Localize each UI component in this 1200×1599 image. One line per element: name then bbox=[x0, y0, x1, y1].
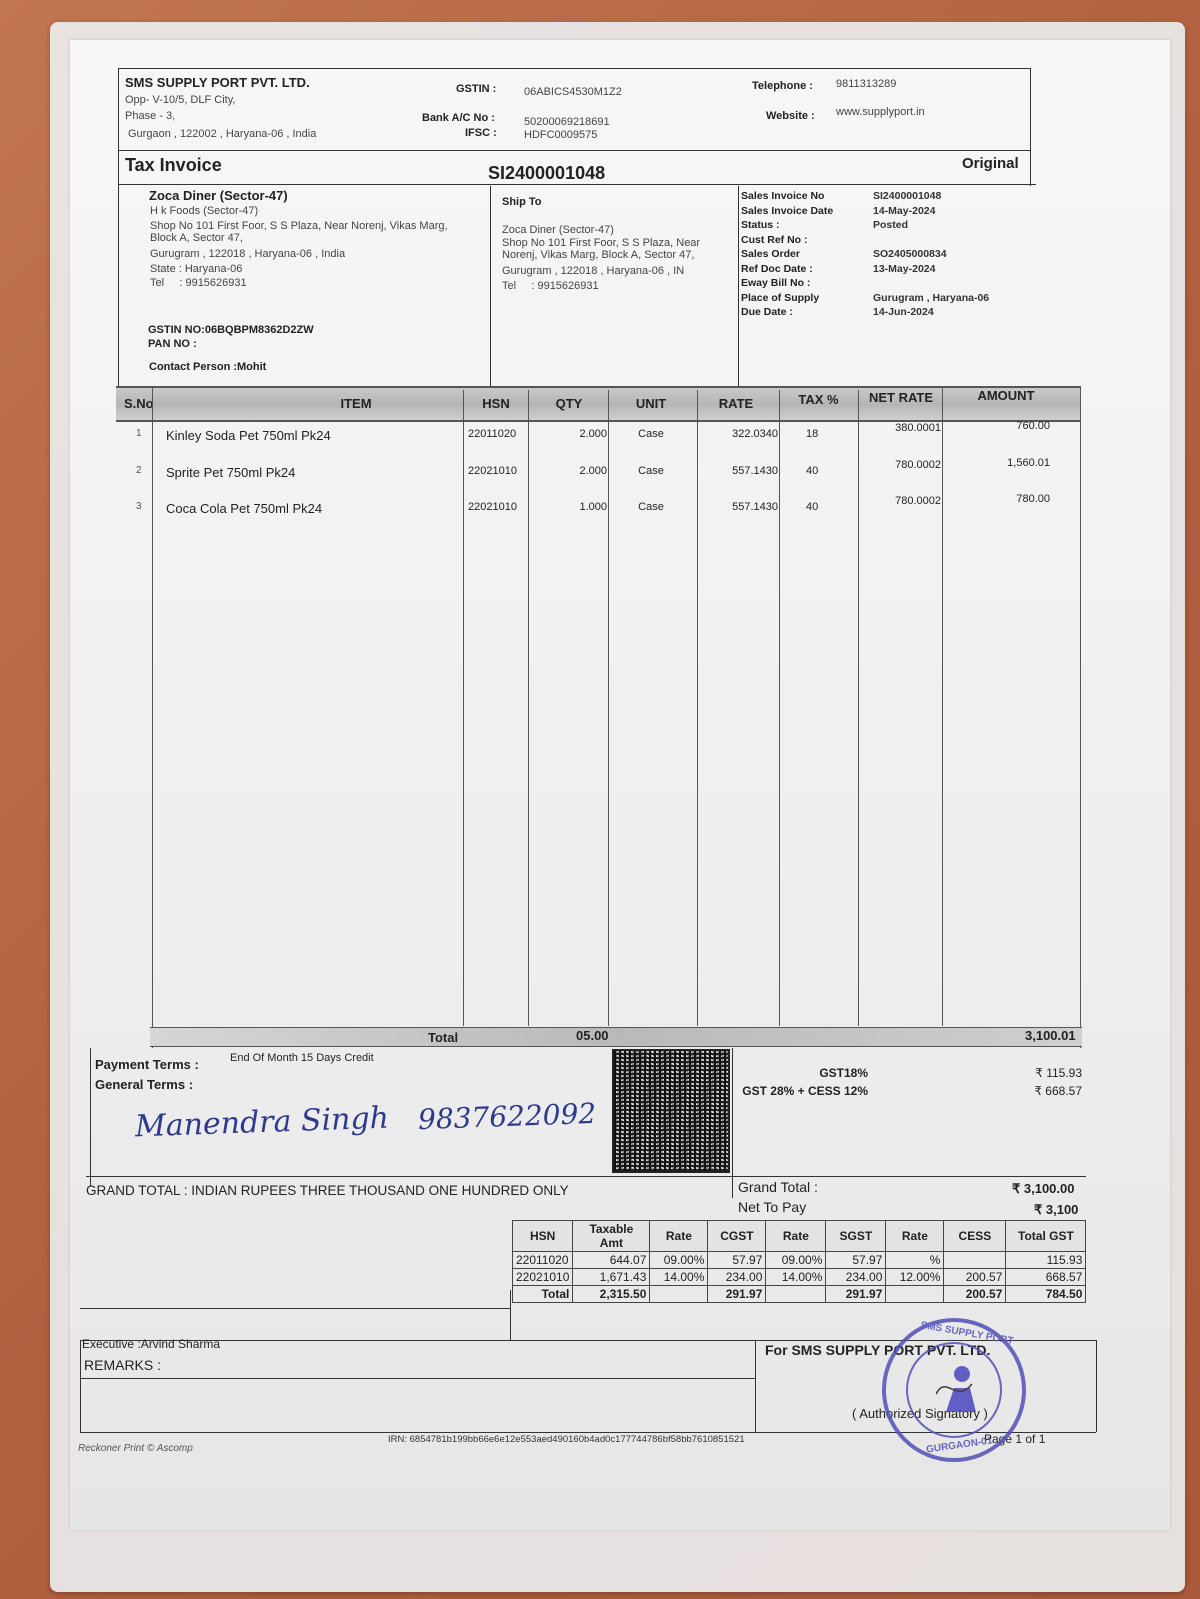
printed-by: Reckoner Print © Ascomp bbox=[78, 1443, 193, 1454]
gst-total-cell: 2,315.50 bbox=[573, 1286, 650, 1303]
net-to-pay-label: Net To Pay bbox=[738, 1199, 806, 1215]
cell-sno: 3 bbox=[136, 501, 146, 512]
cell-sno: 1 bbox=[136, 428, 146, 439]
divider bbox=[118, 150, 1030, 151]
cell-rate: 557.1430 bbox=[701, 501, 778, 513]
gst-total-cell bbox=[766, 1286, 826, 1303]
divider bbox=[80, 1340, 81, 1432]
website-label: Website : bbox=[766, 110, 815, 122]
table-row: 3Coca Cola Pet 750ml Pk24220210101.000Ca… bbox=[116, 501, 1080, 537]
ship-to-line: Tel : 9915626931 bbox=[502, 280, 599, 292]
cell-item: Kinley Soda Pet 750ml Pk24 bbox=[166, 428, 466, 443]
gst-col-header: SGST bbox=[826, 1221, 886, 1252]
cell-unit: Case bbox=[616, 465, 686, 477]
divider bbox=[80, 1378, 755, 1379]
col-header: QTY bbox=[534, 396, 604, 411]
meta-label: Status : bbox=[741, 219, 780, 231]
gst-cell: % bbox=[886, 1252, 944, 1269]
gst-cell: 22011020 bbox=[513, 1252, 573, 1269]
telephone-label: Telephone : bbox=[752, 80, 813, 92]
meta-value: Posted bbox=[873, 219, 908, 231]
bill-to-line: Gurugram , 122018 , Haryana-06 , India bbox=[150, 248, 345, 260]
divider bbox=[490, 186, 491, 386]
amount-in-words: GRAND TOTAL : INDIAN RUPEES THREE THOUSA… bbox=[86, 1183, 569, 1198]
meta-label: Cust Ref No : bbox=[741, 234, 808, 246]
meta-value: SO2405000834 bbox=[873, 248, 947, 260]
payment-terms-value: End Of Month 15 Days Credit bbox=[230, 1052, 374, 1064]
handwritten-phone: 9837622092 bbox=[417, 1097, 596, 1136]
meta-value: 13-May-2024 bbox=[873, 263, 935, 275]
cell-tax: 18 bbox=[806, 428, 826, 440]
grand-total-value: ₹ 3,100.00 bbox=[1012, 1181, 1075, 1197]
cell-hsn: 22021010 bbox=[468, 501, 538, 513]
gst-cell bbox=[944, 1252, 1006, 1269]
qr-code bbox=[612, 1049, 730, 1173]
bill-to-pan: PAN NO : bbox=[148, 338, 197, 350]
gst-row: 22011020644.0709.00%57.9709.00%57.97%115… bbox=[513, 1252, 1086, 1269]
gst-cell: 14.00% bbox=[650, 1269, 708, 1286]
divider bbox=[118, 68, 1030, 69]
divider bbox=[1096, 1340, 1097, 1432]
divider bbox=[755, 1340, 756, 1432]
cell-item: Coca Cola Pet 750ml Pk24 bbox=[166, 501, 466, 516]
divider bbox=[738, 186, 739, 386]
meta-label: Ref Doc Date : bbox=[741, 263, 813, 275]
general-terms-label: General Terms : bbox=[95, 1077, 193, 1092]
col-header: HSN bbox=[466, 396, 526, 411]
seller-address-line: Gurgaon , 122002 , Haryana-06 , India bbox=[128, 128, 316, 140]
gst-cell: 57.97 bbox=[708, 1252, 766, 1269]
divider bbox=[86, 1176, 1086, 1177]
cell-qty: 1.000 bbox=[530, 501, 607, 513]
col-header: TAX % bbox=[786, 392, 851, 407]
cell-item: Sprite Pet 750ml Pk24 bbox=[166, 465, 466, 480]
remarks-label: REMARKS : bbox=[84, 1357, 161, 1373]
items-table-header: S.No ITEM HSN QTY UNIT RATE TAX % NET RA… bbox=[116, 386, 1080, 422]
gst-summary-table: HSNTaxable AmtRateCGSTRateSGSTRateCESSTo… bbox=[512, 1220, 1086, 1303]
payment-terms-label: Payment Terms : bbox=[95, 1057, 199, 1072]
gst-cell: 234.00 bbox=[826, 1269, 886, 1286]
bank-account: 50200069218691 bbox=[524, 116, 610, 128]
bill-to-line: State : Haryana-06 bbox=[150, 263, 242, 275]
gst-total-cell: 291.97 bbox=[826, 1286, 886, 1303]
cell-sno: 2 bbox=[136, 465, 146, 476]
cell-net-rate: 380.0001 bbox=[861, 422, 941, 434]
cell-net-rate: 780.0002 bbox=[861, 495, 941, 507]
stamp-emblem-icon bbox=[936, 1364, 976, 1414]
divider bbox=[510, 1290, 511, 1340]
gst-col-header: Rate bbox=[650, 1221, 708, 1252]
total-amount: 3,100.01 bbox=[1025, 1028, 1076, 1043]
col-header: ITEM bbox=[256, 396, 456, 411]
gst-cell: 115.93 bbox=[1006, 1252, 1086, 1269]
cell-rate: 322.0340 bbox=[701, 428, 778, 440]
tax-summary-label: GST18% bbox=[819, 1066, 868, 1080]
gst-total-cell bbox=[650, 1286, 708, 1303]
divider bbox=[90, 1048, 91, 1186]
col-divider bbox=[1080, 386, 1081, 1048]
gst-col-header: CESS bbox=[944, 1221, 1006, 1252]
meta-value: 14-May-2024 bbox=[873, 205, 935, 217]
divider bbox=[1030, 68, 1031, 186]
cell-unit: Case bbox=[616, 501, 686, 513]
ifsc-code: HDFC0009575 bbox=[524, 129, 597, 141]
gst-cell: 12.00% bbox=[886, 1269, 944, 1286]
col-header: S.No bbox=[124, 396, 154, 411]
cell-tax: 40 bbox=[806, 465, 826, 477]
tax-summary-value: ₹ 115.93 bbox=[1035, 1066, 1082, 1080]
meta-value: 14-Jun-2024 bbox=[873, 306, 934, 318]
meta-label: Sales Order bbox=[741, 248, 800, 260]
telephone: 9811313289 bbox=[836, 78, 896, 90]
cell-hsn: 22021010 bbox=[468, 465, 538, 477]
gst-col-header: Rate bbox=[766, 1221, 826, 1252]
bill-to-name: Zoca Diner (Sector-47) bbox=[149, 188, 288, 203]
gst-cell: 668.57 bbox=[1006, 1269, 1086, 1286]
gst-total-cell: 200.57 bbox=[944, 1286, 1006, 1303]
bill-to-line: Block A, Sector 47, bbox=[150, 232, 243, 244]
gst-total-cell: Total bbox=[513, 1286, 573, 1303]
divider bbox=[118, 68, 119, 388]
gst-cell: 09.00% bbox=[650, 1252, 708, 1269]
total-label: Total bbox=[428, 1030, 458, 1045]
irn: IRN: 6854781b199bb66e6e12e553aed490160b4… bbox=[388, 1434, 745, 1445]
bill-to-gstin: GSTIN NO:06BQBPM8362D2ZW bbox=[148, 324, 314, 336]
gst-total-cell: 291.97 bbox=[708, 1286, 766, 1303]
gst-cell: 14.00% bbox=[766, 1269, 826, 1286]
cell-net-rate: 780.0002 bbox=[861, 459, 941, 471]
gst-total-cell: 784.50 bbox=[1006, 1286, 1086, 1303]
gst-col-header: CGST bbox=[708, 1221, 766, 1252]
copy-type: Original bbox=[962, 155, 1019, 172]
ship-to-line: Shop No 101 First Foor, S S Plaza, Near bbox=[502, 237, 700, 249]
website: www.supplyport.in bbox=[836, 106, 925, 118]
gst-col-header: Rate bbox=[886, 1221, 944, 1252]
col-header: UNIT bbox=[616, 396, 686, 411]
ship-to-label: Ship To bbox=[502, 196, 542, 208]
invoice-number: SI2400001048 bbox=[488, 163, 605, 184]
gstin-label: GSTIN : bbox=[456, 83, 496, 95]
cell-tax: 40 bbox=[806, 501, 826, 513]
cell-qty: 2.000 bbox=[530, 465, 607, 477]
gst-col-header: Taxable Amt bbox=[573, 1221, 650, 1252]
gst-cell: 1,671.43 bbox=[573, 1269, 650, 1286]
cell-amount: 760.00 bbox=[966, 420, 1050, 432]
meta-label: Eway Bill No : bbox=[741, 277, 810, 289]
gst-cell: 09.00% bbox=[766, 1252, 826, 1269]
meta-label: Sales Invoice Date bbox=[741, 205, 833, 217]
seller-address-line: Phase - 3, bbox=[125, 110, 175, 122]
gst-total-row: Total2,315.50291.97291.97200.57784.50 bbox=[513, 1286, 1086, 1303]
ship-to-line: Norenj, Vikas Marg, Block A, Sector 47, bbox=[502, 249, 694, 261]
meta-label: Sales Invoice No bbox=[741, 190, 824, 202]
items-total-row: Total 05.00 3,100.01 bbox=[150, 1027, 1082, 1047]
contact-person: Contact Person :Mohit bbox=[149, 361, 266, 373]
cell-qty: 2.000 bbox=[530, 428, 607, 440]
gst-row: 220210101,671.4314.00%234.0014.00%234.00… bbox=[513, 1269, 1086, 1286]
ship-to-line: Gurugram , 122018 , Haryana-06 , IN bbox=[502, 265, 684, 277]
total-qty: 05.00 bbox=[576, 1028, 609, 1043]
tax-summary-value: ₹ 668.57 bbox=[1034, 1084, 1082, 1098]
gst-cell: 200.57 bbox=[944, 1269, 1006, 1286]
bill-to-line: Shop No 101 First Foor, S S Plaza, Near … bbox=[150, 220, 448, 232]
meta-label: Due Date : bbox=[741, 306, 793, 318]
cell-amount: 1,560.01 bbox=[966, 457, 1050, 469]
seller-address-line: Opp- V-10/5, DLF City, bbox=[125, 94, 235, 106]
cell-unit: Case bbox=[616, 428, 686, 440]
cell-rate: 557.1430 bbox=[701, 465, 778, 477]
cell-hsn: 22011020 bbox=[468, 428, 538, 440]
bank-label: Bank A/C No : bbox=[422, 112, 495, 124]
gst-cell: 57.97 bbox=[826, 1252, 886, 1269]
bill-to-line: H k Foods (Sector-47) bbox=[150, 205, 258, 217]
net-to-pay-value: ₹ 3,100 bbox=[1034, 1202, 1078, 1218]
gst-col-header: HSN bbox=[513, 1221, 573, 1252]
gst-total-cell bbox=[886, 1286, 944, 1303]
col-header: NET RATE bbox=[856, 390, 946, 405]
seller-gstin: 06ABICS4530M1Z2 bbox=[524, 86, 622, 98]
divider bbox=[80, 1308, 510, 1309]
seller-name: SMS SUPPLY PORT PVT. LTD. bbox=[125, 75, 310, 90]
cell-amount: 780.00 bbox=[966, 493, 1050, 505]
meta-label: Place of Supply bbox=[741, 292, 819, 304]
gst-cell: 234.00 bbox=[708, 1269, 766, 1286]
tax-summary-label: GST 28% + CESS 12% bbox=[742, 1084, 868, 1098]
meta-value: Gurugram , Haryana-06 bbox=[873, 292, 989, 304]
gst-cell: 644.07 bbox=[573, 1252, 650, 1269]
col-header: RATE bbox=[701, 396, 771, 411]
company-stamp: SMS SUPPLY PORT GURGAON-01 bbox=[882, 1318, 1026, 1462]
gst-col-header: Total GST bbox=[1006, 1221, 1086, 1252]
gst-cell: 22021010 bbox=[513, 1269, 573, 1286]
ifsc-label: IFSC : bbox=[465, 127, 497, 139]
executive: Executive :Arvind Sharma bbox=[82, 1337, 220, 1351]
ship-to-line: Zoca Diner (Sector-47) bbox=[502, 224, 614, 236]
document-title: Tax Invoice bbox=[125, 155, 222, 176]
bill-to-line: Tel : 9915626931 bbox=[150, 277, 247, 289]
divider bbox=[118, 184, 1036, 185]
col-header: AMOUNT bbox=[956, 388, 1056, 403]
grand-total-label: Grand Total : bbox=[738, 1179, 818, 1195]
stamp-bottom-text: GURGAON-01 bbox=[926, 1435, 994, 1455]
meta-value: SI2400001048 bbox=[873, 190, 941, 202]
